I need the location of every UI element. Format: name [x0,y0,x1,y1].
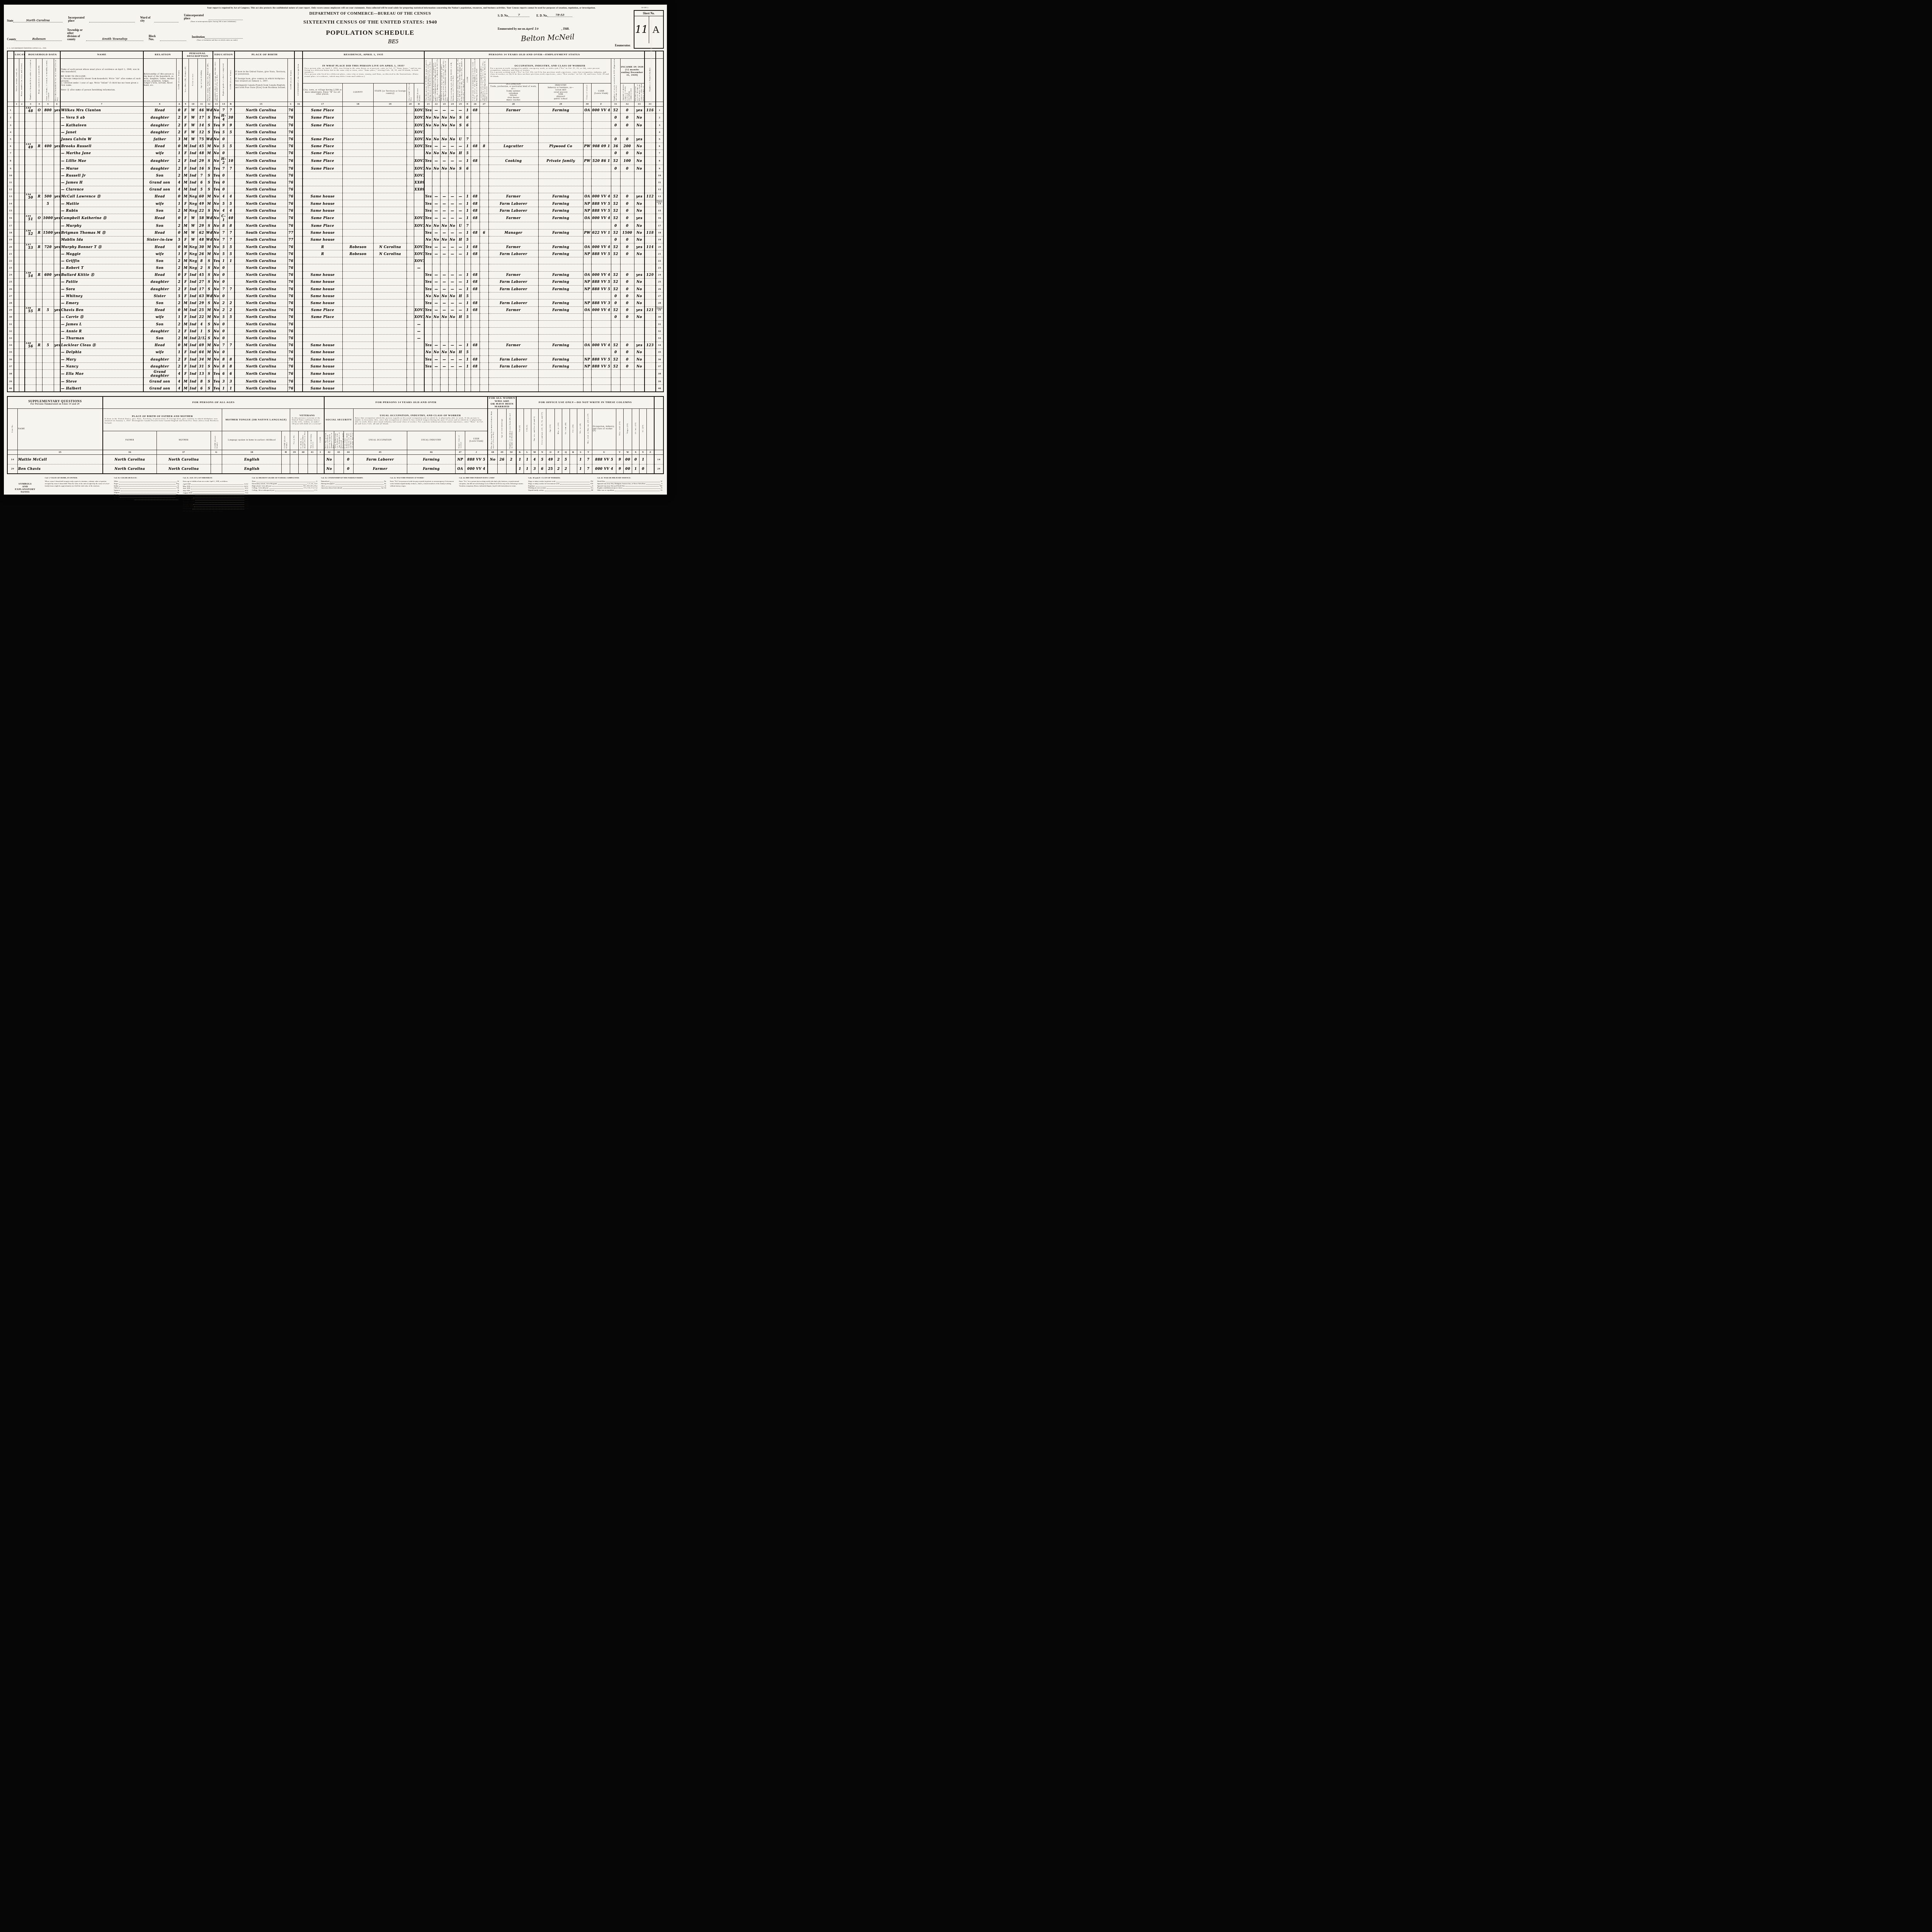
cell-value: 6 [541,467,543,471]
cell-w25 [456,335,464,342]
cell-value: Ind [190,343,197,347]
ward-label: Ward of city [140,16,154,22]
cell-value: 7 [223,167,225,170]
cell-fs [645,370,656,378]
cell-w24: — [448,200,456,207]
cell-hrs [471,186,480,193]
cell-name: Chavis Ben [60,306,143,313]
column-number-21: 21 [424,102,432,106]
cell-value: 76 [289,123,294,127]
cell-ecode [464,328,471,335]
cell-grade: 0 [220,136,228,143]
cell-value: North Carolina [246,108,276,112]
cell-oth: No [634,286,645,293]
cell-value: Head [155,194,165,198]
column-label-text: Was this person AT WORK for pay or profi… [425,59,431,101]
note-block: Col. 24. DID THIS PERSON HAVE A JOB?Ente… [459,477,524,512]
code-pair-code: C-5 [315,489,317,492]
cell-name: Wilkes Mrs Clanton [60,106,143,113]
cell-lnr: 5 [656,136,663,143]
cell-race: Ind [189,349,197,355]
cell-w25: S [456,114,464,122]
cell-age: 75 [197,136,206,143]
column-label-text: Gr. com. (B) [565,422,567,434]
cell-house [19,250,25,257]
cell-relc: 4 [176,186,182,193]
cell-oth [634,385,645,392]
cell-value: — [435,159,438,163]
cell-oth: No [634,200,645,207]
cell-sch: No [213,349,220,355]
cell-lnr: 22 [656,257,663,264]
cell-value: Ind [190,159,197,163]
cell-cit [294,257,303,264]
cell-value: 600 [43,271,54,278]
cell-lnr: 20 [656,243,663,250]
cell-street [14,278,19,285]
cell-R [570,464,577,474]
cell-gradec [228,172,235,179]
cell-wks [611,328,620,335]
column-label-value: Value of home, if owned, or monthly rent… [43,59,54,102]
block-label: Block Nos. [149,35,160,41]
cell-rel: Son [143,222,177,229]
cell-value: 2 [178,329,180,333]
cell-race: Ind [189,299,197,306]
column-label-jc: CODE (Leave blank) [465,431,488,450]
cell-value: S [208,159,211,163]
cell-P: 2 [555,454,562,464]
cell-ecode: 5 [464,236,471,243]
record-row-line-19: 19Mablin IdaSister-in-law5FW48WdNo77Sout… [7,236,663,243]
cell-value: 76 [289,364,294,368]
cell-relc: 1 [176,250,182,257]
cell-rel: Grand son [143,186,177,193]
cell-wage [620,370,634,378]
cell-value: 8 [230,357,232,361]
cell-value: F [184,151,187,155]
notes-blocks: Col. 5. VALUE OF HOME, IF OWNED:Where ow… [45,477,662,512]
cell-value: Same house [311,294,335,298]
cell-pobc: 76 [287,114,294,122]
cell-value: Manager [505,231,522,235]
cell-value: 5 [223,144,225,148]
cell-value: XX09 [415,187,424,191]
cell-value: 76 [289,137,294,141]
cell-value: 2 [223,308,225,312]
cell-value: 0 [223,266,225,270]
cell-wks: 0 [611,122,620,129]
cell-value: — [459,343,462,347]
form-number: 16-289 A [641,7,648,9]
cell-resfarm [407,342,414,349]
cell-pobc: 76 [287,385,294,392]
cell-value: 0 [178,194,180,198]
cell-occ [489,150,539,156]
cell-cls: NP [583,355,592,362]
cell-relc: 2 [176,165,182,172]
cell-rel: daughter [143,129,177,136]
cell-gradec: 8 [228,355,235,362]
cell-hrs: 48 [471,207,480,214]
cell-dur [480,299,488,306]
note-line: Where owner's household occupies only a … [45,480,110,487]
cell-value: No [434,238,439,241]
cell-oth: yes [634,193,645,200]
cell-w25 [456,328,464,335]
cell-resfarm [407,306,414,313]
cell-value: yes [54,273,61,277]
cell-value: R [321,245,324,249]
cell-ind: Farming [538,106,583,113]
cell-value: OA [584,194,590,198]
cell-value: 22 [9,259,12,262]
cell-value: XOV3 [415,116,424,119]
cell-house [19,264,25,271]
cell-value: 17 [199,287,204,291]
cell-rel: daughter [143,328,177,335]
supp-title-line: SUPPLEMENTARY QUESTIONS [8,400,102,403]
cell-value: Farming [553,194,570,198]
dotted-leader [119,495,175,495]
cell-ln: 6 [7,143,14,150]
cell-hrs [471,114,480,122]
cell-value: No [214,137,219,141]
cell-value: F [184,273,187,277]
record-row-line-9: 9— Mursedaughter2FInd16SYes77North Carol… [7,165,663,172]
cell-value: 35 [658,350,661,354]
cell-lnr: 12 [656,186,663,193]
cell-rel: Grand son [143,378,177,385]
cell-ind: Farming [538,363,583,370]
cell-w25: — [456,286,464,293]
cell-sch: No [213,299,220,306]
cell-rescounty [342,257,374,264]
column-label-rescounty: COUNTY [342,83,374,102]
cell-cit [294,207,303,214]
cell-farm [54,250,60,257]
cell-hrs: 48 [471,229,480,236]
cell-res: Same house [303,286,342,293]
cell-cit [294,342,303,349]
cell-value: 5 [47,343,49,347]
cell-w24: — [448,278,456,285]
cell-resc: — [414,320,424,327]
column-number-26: 26 [471,102,480,106]
column-label-text: Ten (4) [519,425,521,432]
cell-hh [25,136,36,143]
dotted-leader [194,507,244,507]
cell-grade: H-4 [220,114,228,122]
cell-value: No [214,245,219,249]
cell-ecode [464,179,471,186]
cell-cls: PW [583,229,592,236]
cell-sex: F [182,200,189,207]
cell-race: W [189,229,197,236]
cell-value: 2 [659,116,660,119]
cell-pobc: 76 [287,214,294,222]
cell-value: 48 [473,280,478,284]
cell-value: 2 [178,357,180,361]
cell-rescounty [342,229,374,236]
cell-pobc: 76 [287,264,294,271]
cell-farm [54,200,60,207]
cell-resc [414,200,424,207]
cell-gradec: 5 [228,143,235,150]
cell-value: Yes [214,173,220,177]
cell-farm: yes [54,342,60,349]
cell-value: 50 [28,196,33,199]
cell-value: H-4 [221,114,226,121]
cell-dur [480,335,488,342]
cell-resfarm [407,286,414,293]
cell-pobc: 76 [287,342,294,349]
cell-value: S [208,386,211,390]
cell-value: Son [156,301,164,305]
cell-value: Yes [425,357,432,361]
cell-value: No [636,238,642,241]
cell-resfarm [407,214,414,222]
cell-w25: U [456,136,464,143]
cell-dur [480,313,488,320]
cell-ecode: 6 [464,122,471,129]
cell-occ: Farm Laborer [489,363,539,370]
cell-w24: — [448,306,456,313]
cell-value: 10 [658,174,661,177]
cell-value: — [417,266,421,270]
cell-dur [480,320,488,327]
cell-resstate [374,165,407,172]
cell-value: 76 [289,116,294,119]
cell-rescounty [342,278,374,285]
cell-value: F [184,294,187,298]
cell-m48: No [488,454,497,464]
cell-value: 0 [223,187,225,191]
cell-farm [54,385,60,392]
cell-rescounty [342,349,374,355]
cell-value: daughter [151,116,169,119]
record-row-line-25: 25— Pattiedaughter2FInd27SNo0North Carol… [7,278,663,285]
column-number-O: O [546,450,555,454]
cell-value: 2 [178,209,180,213]
cell-w22: No [432,293,440,299]
cell-value: — [435,202,438,206]
column-label-m49: Age at first marriage [497,408,507,450]
cell-ecode: 1 [464,243,471,250]
cell-value: — [451,159,454,163]
cell-value: 14 [9,202,12,205]
cell-value: Sister [154,294,166,298]
cell-name: — Steve [60,378,143,385]
note-title: Col. 41. WAR OR MILITARY SERVICE: [597,477,662,480]
cell-value: Head [155,273,165,277]
cell-L: 1 [524,454,531,464]
cell-w24: No [448,222,456,229]
cell-farm [54,378,60,385]
record-row-line-3: 3— Kathaleendaughter2FW14SYes99North Car… [7,122,663,129]
cell-cls [583,378,592,385]
cell-w23: — [440,306,449,313]
code-pair: March 19400/12 [183,507,248,510]
cell-resstate [374,143,407,150]
span-description: Enter that occupation which the person r… [354,417,487,426]
cell-gradec [228,349,235,355]
cell-value: 76 [289,187,294,191]
column-number-49: 49 [497,450,507,454]
cell-value: — Annie R [61,329,82,333]
cell-w24: — [448,207,456,214]
cell-hrs: 48 [471,157,480,165]
cell-w21: No [424,236,432,243]
cell-value: XOV3 [415,130,424,134]
cell-w25: — [456,193,464,200]
cell-ln: 3 [7,122,14,129]
cell-pob: North Carolina [235,165,287,172]
cell-mar: S [206,114,213,122]
cell-value [43,150,54,156]
cell-relc: 0 [176,214,182,222]
cell-res: Same Place [303,313,342,320]
column-label-w22: If not, was he at work on, or assigned t… [432,59,440,102]
cell-value: 1000 [43,216,53,220]
cell-resc: — [414,328,424,335]
cell-wage: 0 [620,278,634,285]
cell-gc [211,464,222,474]
cell-w21: No [424,222,432,229]
cell-pob: North Carolina [235,299,287,306]
cell-value: 21 [9,252,12,255]
cell-race: Neg [189,243,197,250]
cell-relc: 1 [176,349,182,355]
cell-res: Same house [303,299,342,306]
span-description: If born in the United States, give State… [104,418,221,425]
cell-value: 000 VV 4 [595,467,613,471]
cell-street [14,106,19,113]
dotted-leader [195,502,244,503]
cell-sch: No [213,250,220,257]
cell-resc [414,207,424,214]
cell-value [43,299,54,306]
dotted-leader [193,504,244,505]
cell-lnr: 17 [656,222,663,229]
cell-value: North Carolina [246,280,276,284]
cell-lnr: 9 [656,165,663,172]
cell-value: 0 [614,167,617,170]
cell-resfarm [407,229,414,236]
cell-ecode: 5 [464,313,471,320]
code-pair-term: March 1940 [183,507,191,510]
cell-pob: North Carolina [235,200,287,207]
top-notice-row: Your report is required by Act of Congre… [7,6,664,9]
cell-resc: XOV3 [414,306,424,313]
cell-value: — Janet [61,130,77,134]
cell-value: O [38,216,41,220]
cell-value: 5 [466,350,469,354]
cell-ln: 13 [7,193,14,200]
cell-pobc: 77 [287,236,294,243]
cell-value: — [459,301,462,305]
cell-w22 [432,320,440,327]
cell-ln: 35 [7,349,14,355]
cell-farm [54,122,60,129]
cell-resstate [374,150,407,156]
cell-w24 [448,370,456,378]
cell-value: 0 [614,238,617,241]
cell-ecode [464,186,471,193]
record-row-line-23: 23— Robert TSon2MNeg2SNo0North Carolina7… [7,264,663,271]
cell-hh: 13450 [25,193,36,200]
cell-resc: XOV3 [414,250,424,257]
cell-race: Ind [189,378,197,385]
cell-cls: PW [583,157,592,165]
cell-name: Jones Calvin W [60,136,143,143]
dotted-leader [193,493,244,494]
cell-value: wife [156,252,164,256]
cell-hrs: 48 [471,271,480,278]
cell-value: 2 [178,266,180,270]
cell-age: 64 [197,349,206,355]
cell-value [43,250,54,257]
cell-value: 6 [466,116,469,119]
cell-w21 [424,328,432,335]
cell-race: W [189,136,197,143]
cell-value: 1 [579,467,582,471]
cell-value: Wd [206,216,213,220]
cell-own [36,257,43,264]
cell-age: 30 [197,243,206,250]
cell-wage: 0 [620,114,634,122]
cell-own [36,150,43,156]
cell-hrs [471,385,480,392]
cell-value: 30 [658,315,661,318]
cell-w25: S [456,165,464,172]
cell-value: Farmer [506,308,521,312]
cell-pob: North Carolina [235,157,287,165]
column-label-m50: Number of children ever born (Do not inc… [507,408,516,450]
cell-value: 1500 [43,229,54,236]
cell-value: 52 [613,231,618,235]
cell-mar: S [206,335,213,342]
cell-value: 8 [201,379,203,383]
cell-value: Yes [425,202,432,206]
cell-value: W [191,224,195,228]
cell-value: Farming [553,301,570,305]
cell-value: North Carolina [168,457,199,461]
cell-value: Son [156,266,164,270]
cell-pobc: 76 [287,278,294,285]
cell-value: 76 [289,386,294,390]
cell-hrs: 48 [471,193,480,200]
cell-sch: No [213,335,220,342]
cell-sch: No [213,214,220,222]
cell-value: 0 [223,329,225,333]
cell-hh [25,370,36,378]
code-pair: American citizen born abroadAm Cit [321,487,386,489]
dotted-leader [120,488,175,489]
cell-value: 40 [9,387,12,390]
cell-value: 48 [473,144,478,148]
cell-cit [294,172,303,179]
cell-mar: M [206,349,213,355]
group-header: PLACE OF BIRTH [235,51,295,59]
cell-pob: North Carolina [235,286,287,293]
cell-value: No [214,216,219,220]
column-label-ind: INDUSTRY Industry or business, as— cotto… [538,83,583,102]
cell-resc [414,385,424,392]
cell-res [303,172,342,179]
cell-value: 4 [178,187,180,191]
cell-race: Ind [189,335,197,342]
